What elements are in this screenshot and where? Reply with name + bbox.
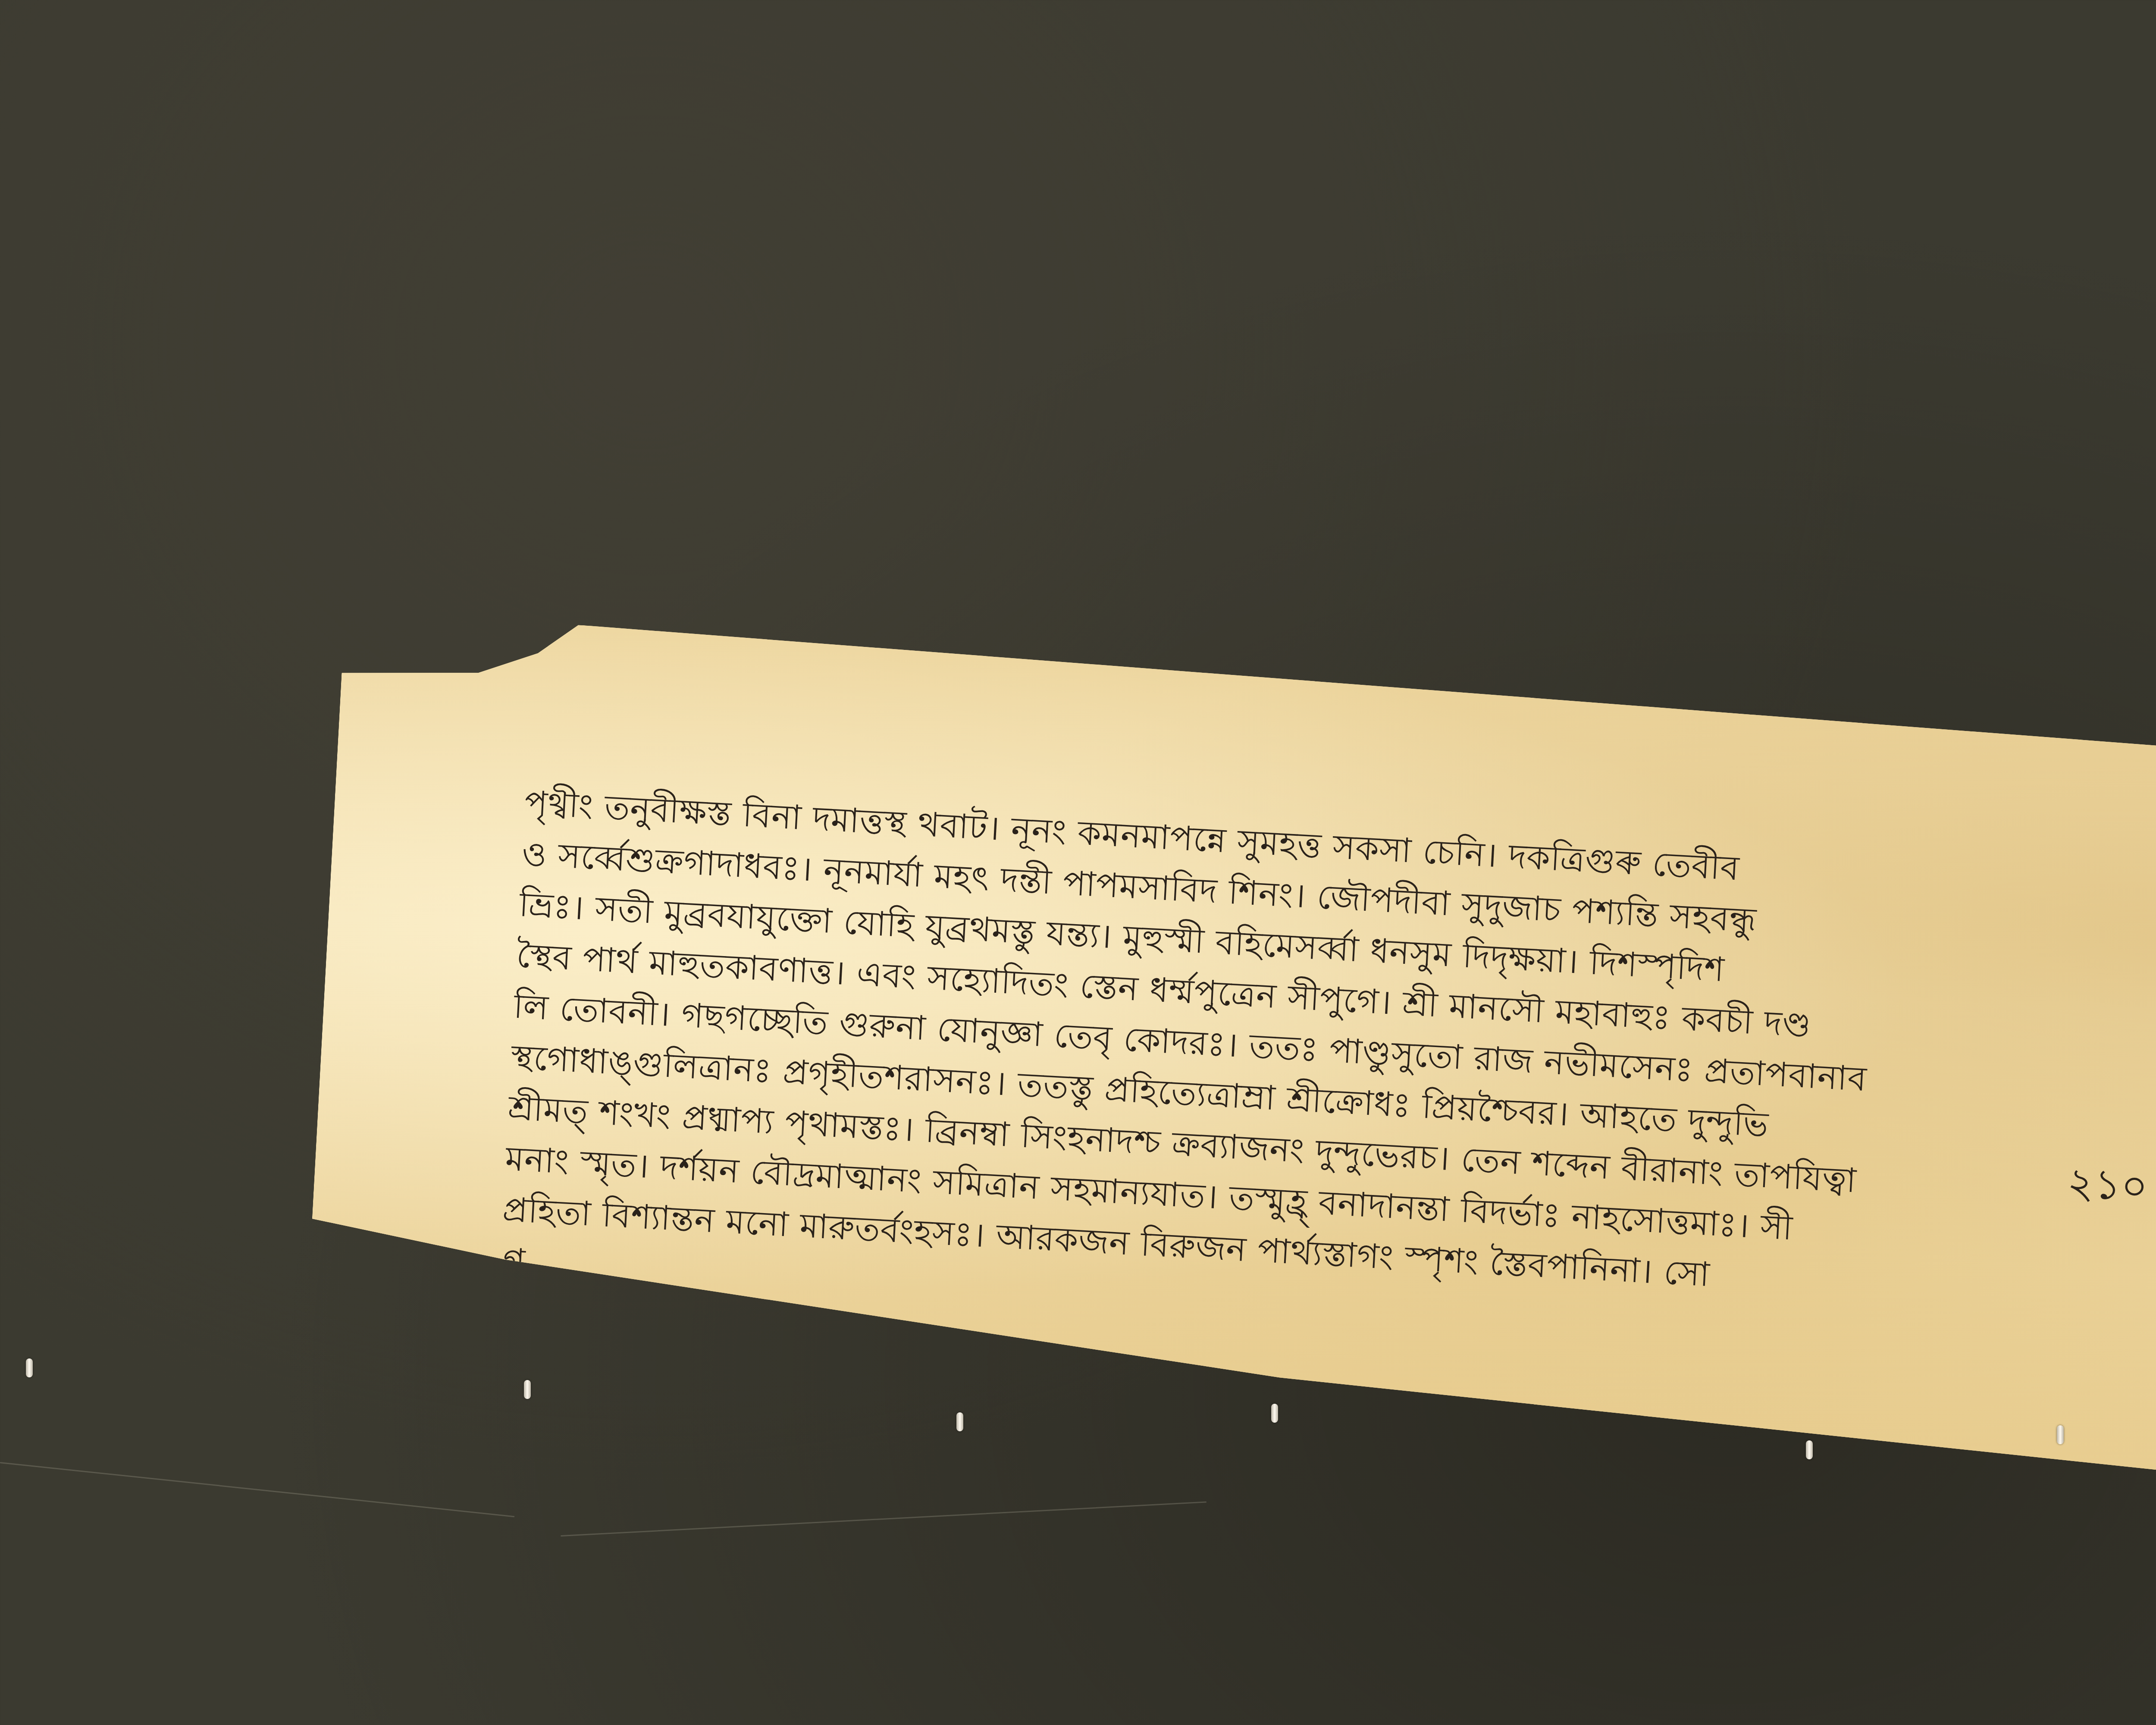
photo-scene: পৃথ্বীং তনুবীক্ষস্ত বিনা দমাত্তস্থ থবাট।… [0, 0, 2156, 1725]
pin-icon [2057, 1425, 2064, 1444]
background-crease [561, 1501, 1206, 1536]
pin-icon [1806, 1440, 1813, 1459]
pin-icon [1271, 1404, 1278, 1423]
folio-number: ২১০ [2065, 1151, 2150, 1224]
pin-icon [524, 1380, 531, 1399]
pin-icon [956, 1412, 963, 1431]
manuscript-folio: পৃথ্বীং তনুবীক্ষস্ত বিনা দমাত্তস্থ থবাট।… [304, 612, 2156, 1476]
pin-icon [26, 1358, 33, 1377]
manuscript-text: পৃথ্বীং তনুবীক্ষস্ত বিনা দমাত্তস্থ থবাট।… [498, 778, 2059, 1369]
background-crease [0, 1462, 514, 1517]
